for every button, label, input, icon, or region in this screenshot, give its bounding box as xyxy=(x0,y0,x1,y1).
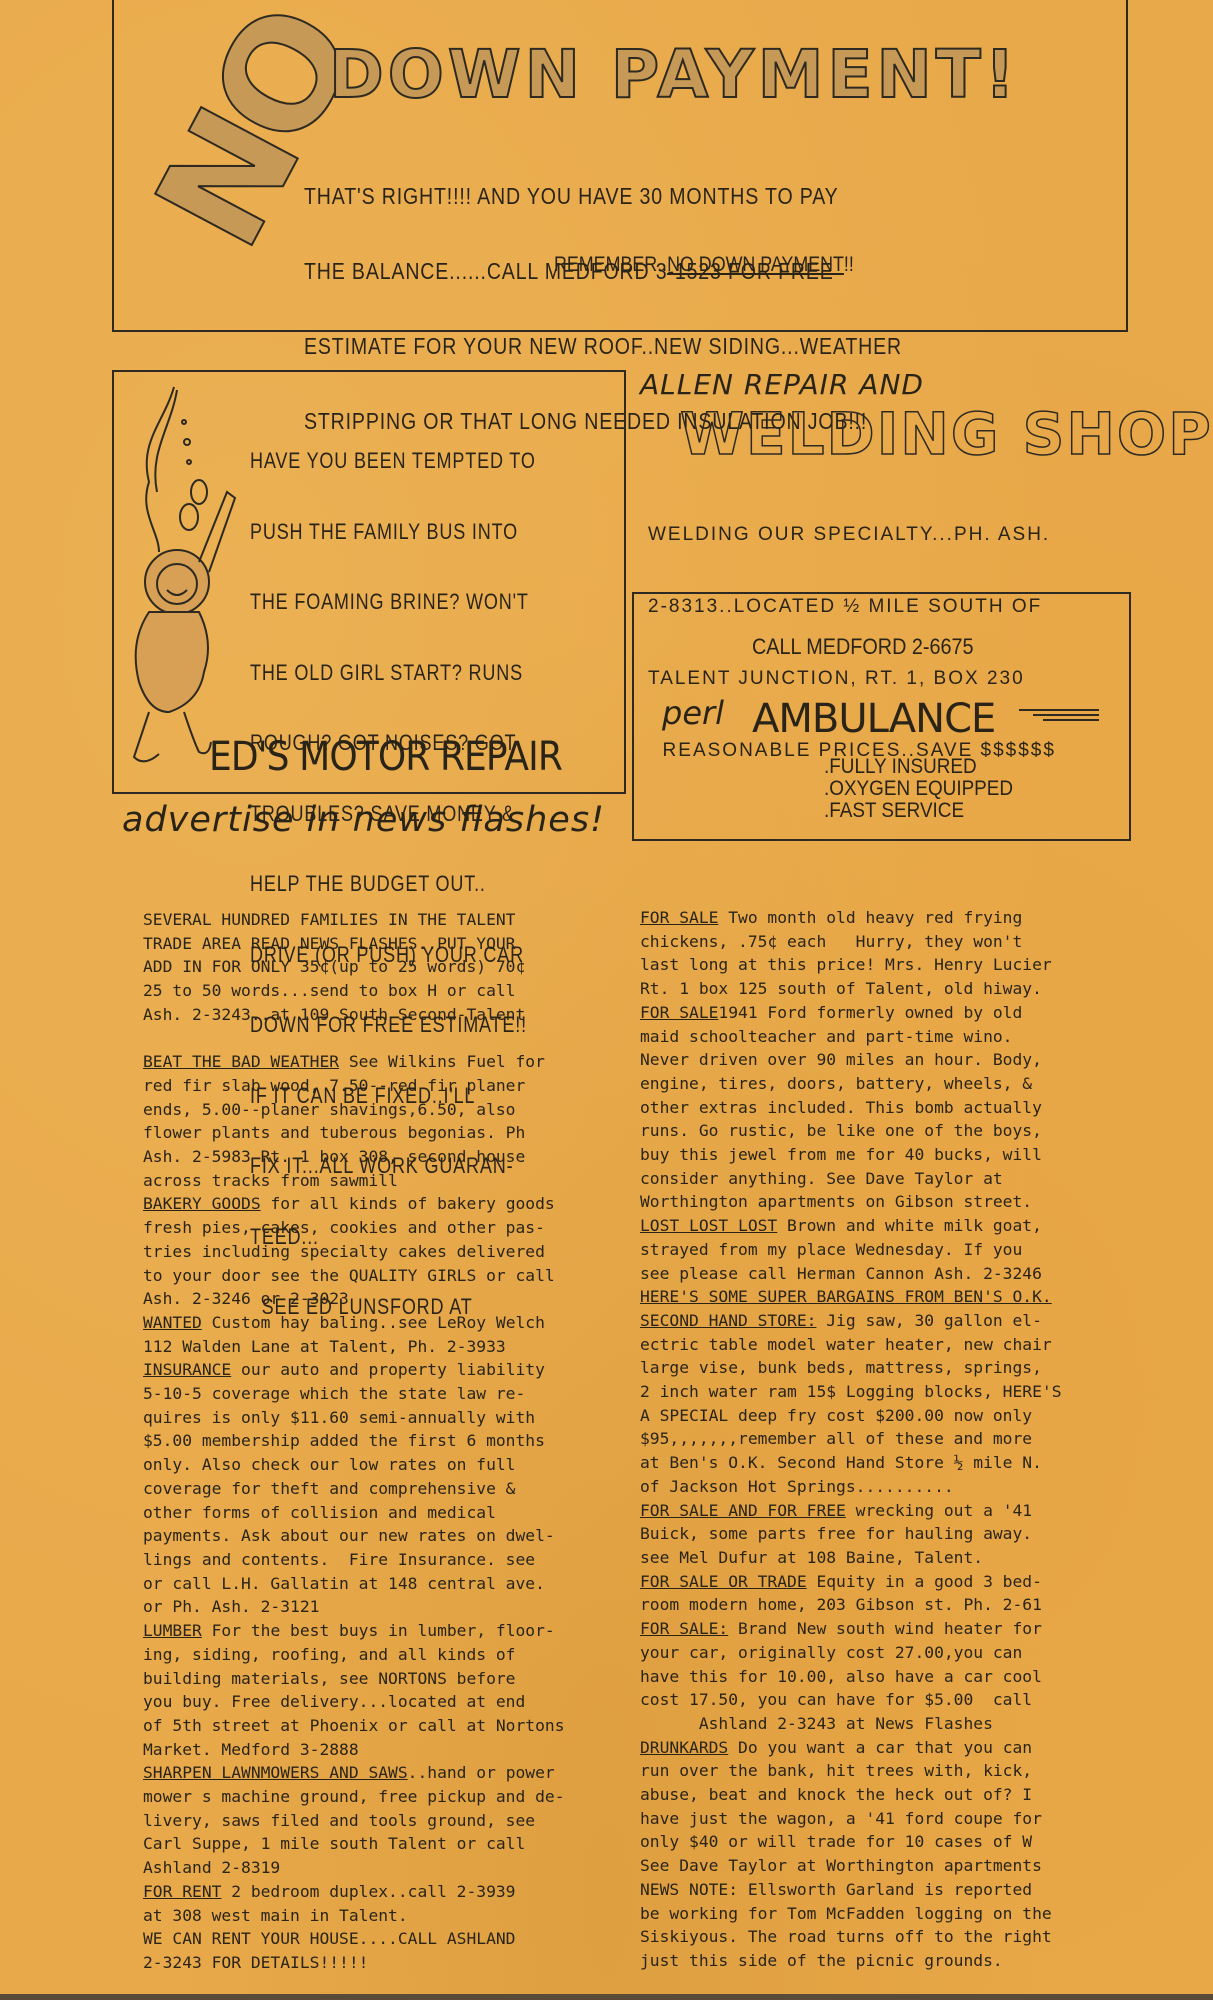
classified-entry: DRUNKARDS Do you want a car that you can… xyxy=(640,1736,1062,1973)
entry-heading: INSURANCE xyxy=(143,1360,231,1379)
entry-line: buy this jewel from me for 40 bucks, wil… xyxy=(640,1143,1062,1167)
entry-heading: FOR SALE OR TRADE xyxy=(640,1572,807,1591)
entry-line: large vise, bunk beds, mattress, springs… xyxy=(640,1356,1062,1380)
entry-first-line: FOR SALE AND FOR FREE wrecking out a '41 xyxy=(640,1499,1062,1523)
entry-line: payments. Ask about our new rates on dwe… xyxy=(143,1524,565,1548)
entry-line: tries including specialty cakes delivere… xyxy=(143,1240,565,1264)
entry-line: see Mel Dufur at 108 Baine, Talent. xyxy=(640,1546,1062,1570)
classified-entry: FOR RENT 2 bedroom duplex..call 2-3939at… xyxy=(143,1880,565,1927)
entry-first-line: BEAT THE BAD WEATHER See Wilkins Fuel fo… xyxy=(143,1050,565,1074)
entry-line: have this for 10.00, also have a car coo… xyxy=(640,1665,1062,1689)
entry-line: fresh pies, cakes, cookies and other pas… xyxy=(143,1216,565,1240)
ad-headline: DOWN PAYMENT! xyxy=(329,36,1019,113)
entry-line: Worthington apartments on Gibson street. xyxy=(640,1190,1062,1214)
entry-first-line: LUMBER For the best buys in lumber, floo… xyxy=(143,1619,565,1643)
entry-line: have just the wagon, a '41 ford coupe fo… xyxy=(640,1807,1062,1831)
ad-body-line: THE FOAMING BRINE? WON'T xyxy=(250,590,536,614)
ad-title: ED'S MOTOR REPAIR xyxy=(209,734,562,780)
entry-heading: SECOND HAND STORE: xyxy=(640,1311,816,1330)
entry-text: Do you want a car that you can xyxy=(728,1738,1032,1757)
remember-line: REMEMBER..NO DOWN PAYMENT!! xyxy=(554,253,854,277)
entry-first-line: LOST LOST LOST Brown and white milk goat… xyxy=(640,1214,1062,1238)
entry-line: 2-3243 FOR DETAILS!!!!! xyxy=(143,1951,565,1975)
classified-entry: LOST LOST LOST Brown and white milk goat… xyxy=(640,1214,1062,1285)
entry-line: last long at this price! Mrs. Henry Luci… xyxy=(640,953,1062,977)
classified-entry: SHARPEN LAWNMOWERS AND SAWS..hand or pow… xyxy=(143,1761,565,1880)
entry-line: Buick, some parts free for hauling away. xyxy=(640,1522,1062,1546)
entry-line: Ash. 2-3243..at 109 South Second-Talent xyxy=(143,1003,565,1027)
entry-text: 2 bedroom duplex..call 2-3939 xyxy=(221,1882,515,1901)
ad-body-line: HELP THE BUDGET OUT.. xyxy=(250,872,536,896)
entry-line xyxy=(143,1027,565,1051)
classified-entry: BEAT THE BAD WEATHER See Wilkins Fuel fo… xyxy=(143,1050,565,1192)
entry-first-line: FOR SALE1941 Ford formerly owned by old xyxy=(640,1001,1062,1025)
entry-first-line: HERE'S SOME SUPER BARGAINS FROM BEN'S O.… xyxy=(640,1285,1062,1309)
ad-body-line: THAT'S RIGHT!!!! AND YOU HAVE 30 MONTHS … xyxy=(304,184,950,209)
classifieds-right-column: FOR SALE Two month old heavy red fryingc… xyxy=(640,906,1062,1973)
entry-line: only. Also check our low rates on full xyxy=(143,1453,565,1477)
classified-entry: FOR SALE: Brand New south wind heater fo… xyxy=(640,1617,1062,1736)
entry-heading: BEAT THE BAD WEATHER xyxy=(143,1052,339,1071)
entry-heading: FOR SALE xyxy=(640,908,718,927)
entry-heading: FOR RENT xyxy=(143,1882,221,1901)
entry-heading: DRUNKARDS xyxy=(640,1738,728,1757)
entry-text: See Wilkins Fuel for xyxy=(339,1052,545,1071)
entry-line: 25 to 50 words...send to box H or call xyxy=(143,979,565,1003)
classified-entry: WE CAN RENT YOUR HOUSE....CALL ASHLAND2-… xyxy=(143,1927,565,1974)
ambulance-brand: perl xyxy=(662,694,724,732)
entry-line: NEWS NOTE: Ellsworth Garland is reported xyxy=(640,1878,1062,1902)
entry-line: See Dave Taylor at Worthington apartment… xyxy=(640,1854,1062,1878)
entry-text: Brand New south wind heater for xyxy=(728,1619,1042,1638)
entry-line: to your door see the QUALITY GIRLS or ca… xyxy=(143,1264,565,1288)
classified-entry: FOR SALE Two month old heavy red fryingc… xyxy=(640,906,1062,1001)
ambulance-name: AMBULANCE xyxy=(752,696,995,742)
remember-suffix: !! xyxy=(844,253,854,276)
entry-text: wrecking out a '41 xyxy=(846,1501,1032,1520)
ambulance-phone: CALL MEDFORD 2-6675 xyxy=(752,634,974,660)
entry-line: mower s machine ground, free pickup and … xyxy=(143,1785,565,1809)
classified-entry: HERE'S SOME SUPER BARGAINS FROM BEN'S O.… xyxy=(640,1285,1062,1309)
classified-entry: WANTED Custom hay baling..see LeRoy Welc… xyxy=(143,1311,565,1358)
remember-prefix: REMEMBER.. xyxy=(554,253,667,276)
entry-heading: LUMBER xyxy=(143,1621,202,1640)
ambulance-features: .FULLY INSURED .OXYGEN EQUIPPED .FAST SE… xyxy=(824,756,1013,822)
entry-line: Ashland 2-8319 xyxy=(143,1856,565,1880)
entry-text: Brown and white milk goat, xyxy=(777,1216,1042,1235)
ad-body-line: THE OLD GIRL START? RUNS xyxy=(250,661,536,685)
entry-line: maid schoolteacher and part-time wino. xyxy=(640,1025,1062,1049)
feature-item: .OXYGEN EQUIPPED xyxy=(824,778,1013,800)
entry-first-line: WANTED Custom hay baling..see LeRoy Welc… xyxy=(143,1311,565,1335)
entry-line: runs. Go rustic, be like one of the boys… xyxy=(640,1119,1062,1143)
entry-line: TRADE AREA READ NEWS FLASHES..PUT YOUR xyxy=(143,932,565,956)
entry-line: ADD IN FOR ONLY 35¢(up to 25 words) 70¢ xyxy=(143,955,565,979)
entry-line: ends, 5.00--planer shavings,6.50, also xyxy=(143,1098,565,1122)
entry-line: cost 17.50, you can have for $5.00 call xyxy=(640,1688,1062,1712)
entry-line: consider anything. See Dave Taylor at xyxy=(640,1167,1062,1191)
feature-item: .FAST SERVICE xyxy=(824,800,1013,822)
entry-text: Custom hay baling..see LeRoy Welch xyxy=(202,1313,545,1332)
ad-body-line: HAVE YOU BEEN TEMPTED TO xyxy=(250,449,536,473)
entry-line: abuse, beat and knock the heck out of? I xyxy=(640,1783,1062,1807)
remember-emphasis: NO DOWN PAYMENT xyxy=(667,253,844,276)
entry-line: at Ben's O.K. Second Hand Store ½ mile N… xyxy=(640,1451,1062,1475)
entry-line: or call L.H. Gallatin at 148 central ave… xyxy=(143,1572,565,1596)
entry-line: coverage for theft and comprehensive & xyxy=(143,1477,565,1501)
entry-line: Rt. 1 box 125 south of Talent, old hiway… xyxy=(640,977,1062,1001)
feature-item: .FULLY INSURED xyxy=(824,756,1013,778)
entry-heading: WANTED xyxy=(143,1313,202,1332)
entry-heading: FOR SALE: xyxy=(640,1619,728,1638)
entry-line: run over the bank, hit trees with, kick, xyxy=(640,1759,1062,1783)
entry-line: flower plants and tuberous begonias. Ph xyxy=(143,1121,565,1145)
entry-line: quires is only $11.60 semi-annually with xyxy=(143,1406,565,1430)
entry-text: ..hand or power xyxy=(408,1763,555,1782)
entry-line: you buy. Free delivery...located at end xyxy=(143,1690,565,1714)
entry-line: livery, saws filed and tools ground, see xyxy=(143,1809,565,1833)
entry-heading: FOR SALE xyxy=(640,1003,718,1022)
entry-line: WE CAN RENT YOUR HOUSE....CALL ASHLAND xyxy=(143,1927,565,1951)
entry-text: Equity in a good 3 bed- xyxy=(807,1572,1042,1591)
entry-line: $95,,,,,,,remember all of these and more xyxy=(640,1427,1062,1451)
entry-first-line: FOR RENT 2 bedroom duplex..call 2-3939 xyxy=(143,1880,565,1904)
entry-line: building materials, see NORTONS before xyxy=(143,1667,565,1691)
entry-line: 112 Walden Lane at Talent, Ph. 2-3933 xyxy=(143,1335,565,1359)
entry-first-line: DRUNKARDS Do you want a car that you can xyxy=(640,1736,1062,1760)
entry-first-line: SHARPEN LAWNMOWERS AND SAWS..hand or pow… xyxy=(143,1761,565,1785)
entry-first-line: FOR SALE: Brand New south wind heater fo… xyxy=(640,1617,1062,1641)
advertise-tagline: advertise in news flashes! xyxy=(122,800,605,840)
entry-line: other extras included. This bomb actuall… xyxy=(640,1096,1062,1120)
entry-line: or Ph. Ash. 2-3121 xyxy=(143,1595,565,1619)
entry-line: at 308 west main in Talent. xyxy=(143,1904,565,1928)
entry-line: strayed from my place Wednesday. If you xyxy=(640,1238,1062,1262)
classified-entry: INSURANCE our auto and property liabilit… xyxy=(143,1358,565,1619)
classified-entry: LUMBER For the best buys in lumber, floo… xyxy=(143,1619,565,1761)
entry-line: lings and contents. Fire Insurance. see xyxy=(143,1548,565,1572)
eds-motor-repair-ad: HAVE YOU BEEN TEMPTED TO PUSH THE FAMILY… xyxy=(112,370,626,794)
entry-line: SEVERAL HUNDRED FAMILIES IN THE TALENT xyxy=(143,908,565,932)
entry-line: see please call Herman Cannon Ash. 2-324… xyxy=(640,1262,1062,1286)
entry-text: Two month old heavy red frying xyxy=(718,908,1022,927)
entry-line: ectric table model water heater, new cha… xyxy=(640,1333,1062,1357)
entry-line: $5.00 membership added the first 6 month… xyxy=(143,1429,565,1453)
entry-first-line: SECOND HAND STORE: Jig saw, 30 gallon el… xyxy=(640,1309,1062,1333)
entry-line: Ash. 2-3246 or 2-3023 xyxy=(143,1287,565,1311)
page-edge xyxy=(0,1994,1213,2000)
entry-line: ing, siding, roofing, and all kinds of xyxy=(143,1643,565,1667)
entry-line: Ash. 2-5983 Rt. 1 box 308, second house xyxy=(143,1145,565,1169)
entry-line: be working for Tom McFadden logging on t… xyxy=(640,1902,1062,1926)
entry-heading: HERE'S SOME SUPER BARGAINS FROM BEN'S O.… xyxy=(640,1287,1052,1306)
entry-line: Siskiyous. The road turns off to the rig… xyxy=(640,1925,1062,1949)
entry-line: your car, originally cost 27.00,you can xyxy=(640,1641,1062,1665)
entry-text: for all kinds of bakery goods xyxy=(261,1194,555,1213)
entry-line: Carl Suppe, 1 mile south Talent or call xyxy=(143,1832,565,1856)
welding-ad-kicker: ALLEN REPAIR AND xyxy=(640,368,924,401)
classified-entry: SEVERAL HUNDRED FAMILIES IN THE TALENTTR… xyxy=(143,908,565,1050)
entry-line: engine, tires, doors, battery, wheels, & xyxy=(640,1072,1062,1096)
entry-text: our auto and property liability xyxy=(231,1360,545,1379)
entry-line: room modern home, 203 Gibson st. Ph. 2-6… xyxy=(640,1593,1062,1617)
entry-heading: SHARPEN LAWNMOWERS AND SAWS xyxy=(143,1763,408,1782)
ambulance-ad: CALL MEDFORD 2-6675 perl AMBULANCE .FULL… xyxy=(632,592,1131,841)
entry-line: red fir slab wood, 7.50--red fir planer xyxy=(143,1074,565,1098)
entry-line: chickens, .75¢ each Hurry, they won't xyxy=(640,930,1062,954)
classified-entry: FOR SALE AND FOR FREE wrecking out a '41… xyxy=(640,1499,1062,1570)
entry-line: other forms of collision and medical xyxy=(143,1501,565,1525)
entry-heading: BAKERY GOODS xyxy=(143,1194,261,1213)
entry-text: For the best buys in lumber, floor- xyxy=(202,1621,555,1640)
entry-line: just this side of the picnic grounds. xyxy=(640,1949,1062,1973)
speed-lines-icon xyxy=(1019,706,1099,732)
entry-line: 2 inch water ram 15$ Logging blocks, HER… xyxy=(640,1380,1062,1404)
welding-ad-title: WELDING SHOP xyxy=(680,400,1213,468)
entry-text: 1941 Ford formerly owned by old xyxy=(718,1003,1022,1022)
entry-first-line: FOR SALE Two month old heavy red frying xyxy=(640,906,1062,930)
entry-first-line: INSURANCE our auto and property liabilit… xyxy=(143,1358,565,1382)
classifieds-left-column: SEVERAL HUNDRED FAMILIES IN THE TALENTTR… xyxy=(143,908,565,1975)
entry-heading: FOR SALE AND FOR FREE xyxy=(640,1501,846,1520)
entry-line: 5-10-5 coverage which the state law re- xyxy=(143,1382,565,1406)
entry-line: only $40 or will trade for 10 cases of W xyxy=(640,1830,1062,1854)
classified-entry: BAKERY GOODS for all kinds of bakery goo… xyxy=(143,1192,565,1311)
ad-body-line: ESTIMATE FOR YOUR NEW ROOF..NEW SIDING..… xyxy=(304,334,950,359)
entry-line: A SPECIAL deep fry cost $200.00 now only xyxy=(640,1404,1062,1428)
entry-heading: LOST LOST LOST xyxy=(640,1216,777,1235)
entry-line: of Jackson Hot Springs.......... xyxy=(640,1475,1062,1499)
entry-line: Ashland 2-3243 at News Flashes xyxy=(640,1712,1062,1736)
ad-body-line: WELDING OUR SPECIALTY...PH. ASH. xyxy=(648,523,1056,547)
no-down-payment-ad: NO DOWN PAYMENT! THAT'S RIGHT!!!! AND YO… xyxy=(112,0,1128,332)
entry-first-line: BAKERY GOODS for all kinds of bakery goo… xyxy=(143,1192,565,1216)
diver-illustration-icon xyxy=(119,382,239,772)
entry-line: Market. Medford 3-2888 xyxy=(143,1738,565,1762)
entry-line: of 5th street at Phoenix or call at Nort… xyxy=(143,1714,565,1738)
entry-line: across tracks from sawmill xyxy=(143,1169,565,1193)
classified-entry: FOR SALE1941 Ford formerly owned by oldm… xyxy=(640,1001,1062,1214)
classified-entry: SECOND HAND STORE: Jig saw, 30 gallon el… xyxy=(640,1309,1062,1499)
classified-entry: FOR SALE OR TRADE Equity in a good 3 bed… xyxy=(640,1570,1062,1617)
entry-first-line: FOR SALE OR TRADE Equity in a good 3 bed… xyxy=(640,1570,1062,1594)
entry-line: Never driven over 90 miles an hour. Body… xyxy=(640,1048,1062,1072)
ad-body-line: PUSH THE FAMILY BUS INTO xyxy=(250,520,536,544)
entry-text: Jig saw, 30 gallon el- xyxy=(816,1311,1041,1330)
